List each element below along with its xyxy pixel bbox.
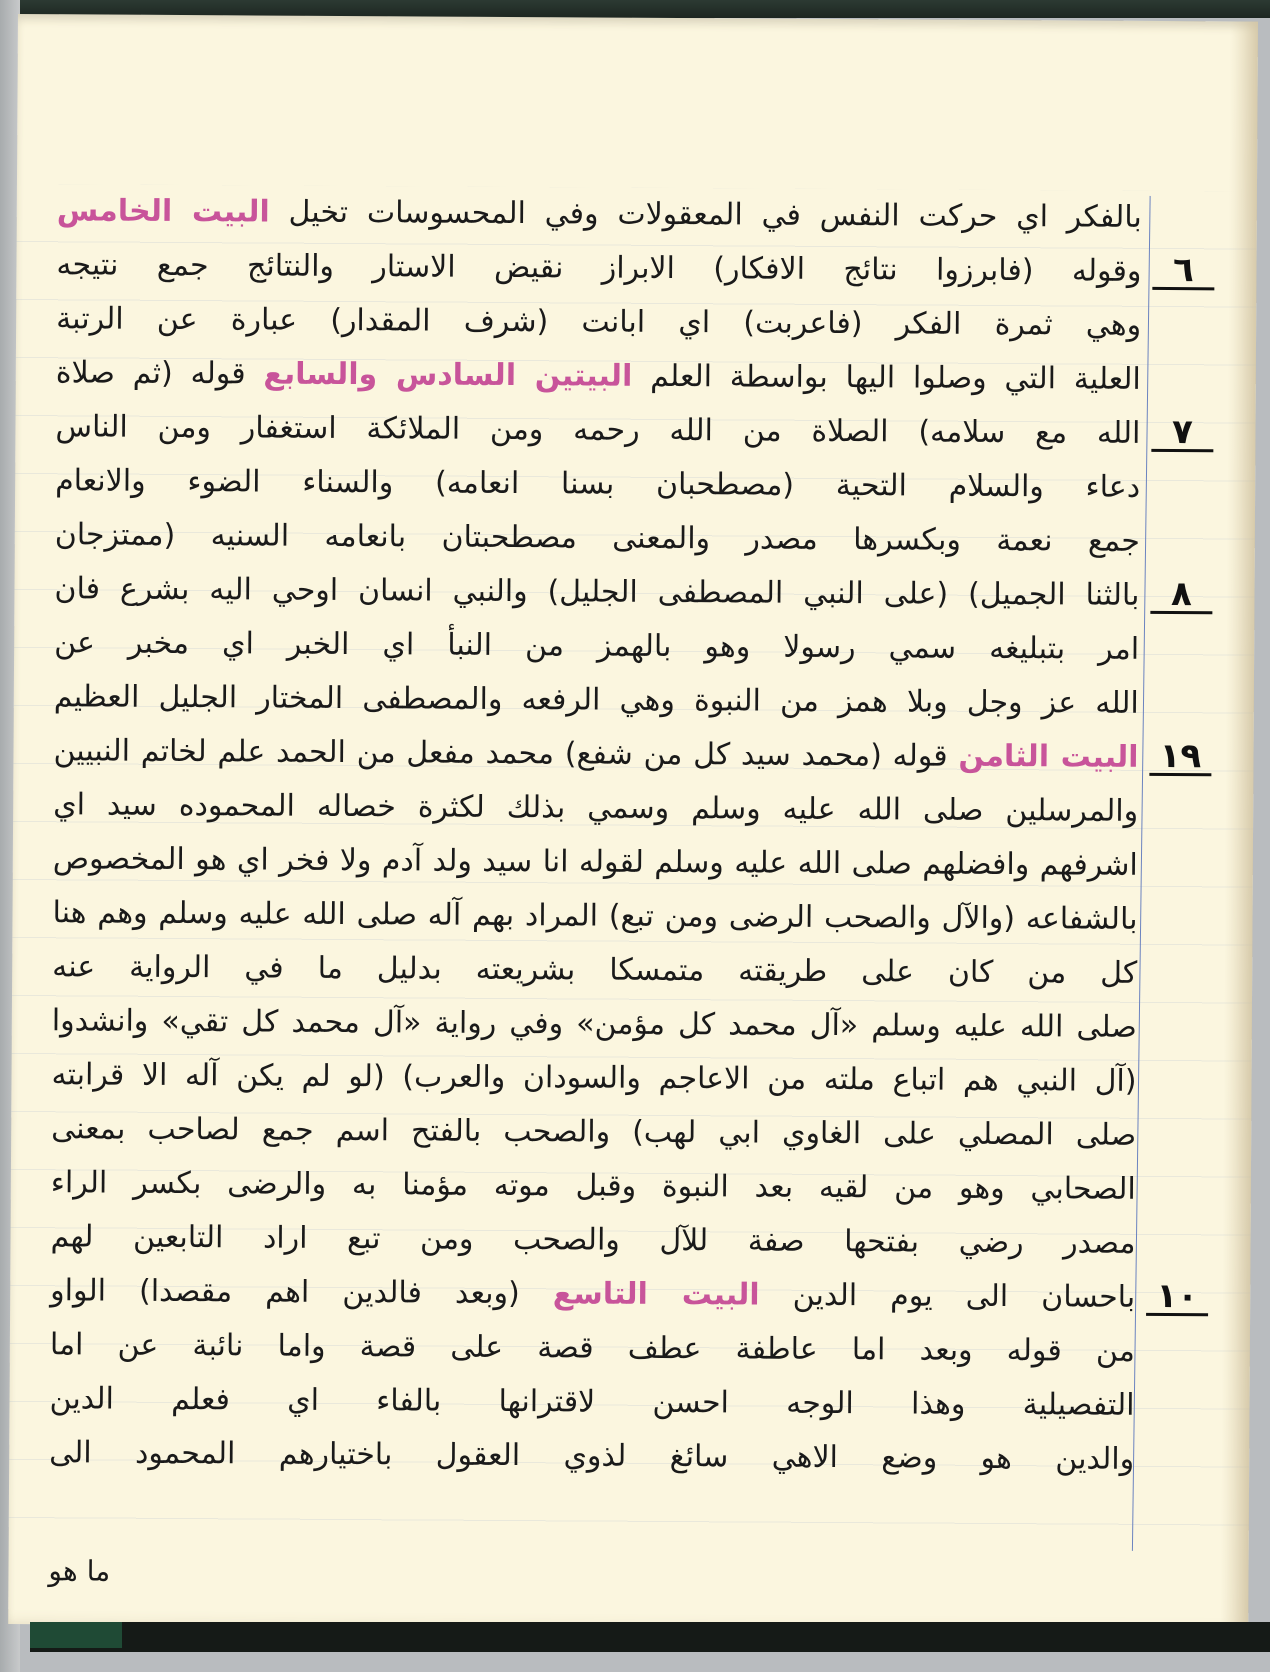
text-line: بالفكر اي حركت النفس في المعقولات وفي ال… [57, 184, 1142, 245]
line-text-after: (وبعد فالدين اهم مقصدا) الواو [50, 1273, 520, 1311]
text-line: البيت الثامن قوله (محمد سيد كل من شفع) م… [53, 724, 1138, 785]
text-line: اشرفهم وافضلهم صلى الله عليه وسلم لقوله … [53, 832, 1138, 893]
text-line: (آل النبي هم اتباع ملته من الاعاجم والسو… [51, 1048, 1136, 1109]
line-text: الله مع سلامه) الصلاة من الله رحمه ومن ا… [55, 409, 1140, 451]
cover-spine-green [30, 1622, 122, 1648]
text-line: الله مع سلامه) الصلاة من الله رحمه ومن ا… [55, 400, 1140, 461]
line-text: صلى المصلي على الغاوي ابي لهب) والصحب با… [51, 1111, 1136, 1153]
text-line: باحسان الى يوم الدين البيت التاسع (وبعد … [50, 1264, 1135, 1325]
line-text: والمرسلين صلى الله عليه وسلم وسمي بذلك ل… [53, 787, 1138, 829]
line-text: بالثنا الجميل) (على النبي المصطفى الجليل… [54, 571, 1139, 613]
notebook-cover-bottom [30, 1622, 1270, 1652]
line-text: وقوله (فابرزوا نتائج الافكار) الابراز نق… [56, 247, 1141, 289]
verse-number: ١٩ [1149, 739, 1211, 776]
line-text: وهي ثمرة الفكر (فاعربت) اي ابانت (شرف ال… [56, 301, 1141, 343]
line-text: العلية التي وصلوا اليها بواسطة العلم [650, 359, 1141, 397]
line-text: جمع نعمة وبكسرها مصدر والمعنى مصطحبتان ب… [55, 517, 1140, 559]
verse-number: ٦ [1152, 253, 1214, 290]
text-line: وقوله (فابرزوا نتائج الافكار) الابراز نق… [56, 238, 1141, 299]
text-line: امر بتبليغه سمي رسولا وهو بالهمز من النب… [54, 616, 1139, 677]
line-text: قوله (محمد سيد كل من شفع) محمد مفعل من ا… [53, 733, 947, 773]
text-line: مصدر رضي بفتحها صفة للآل والصحب ومن تبع … [50, 1210, 1135, 1271]
line-text: من قوله وبعد اما عاطفة عطف قصة على قصة و… [50, 1327, 1135, 1369]
verse-number: ٨ [1150, 577, 1212, 614]
text-line: جمع نعمة وبكسرها مصدر والمعنى مصطحبتان ب… [55, 508, 1140, 569]
line-text: الله عز وجل وبلا همز من النبوة وهي الرفع… [54, 679, 1139, 721]
text-line: والمرسلين صلى الله عليه وسلم وسمي بذلك ل… [53, 778, 1138, 839]
text-line: العلية التي وصلوا اليها بواسطة العلم الب… [56, 346, 1141, 407]
text-line: الله عز وجل وبلا همز من النبوة وهي الرفع… [54, 670, 1139, 731]
line-text: كل من كان على طريقته متمسكا بشريعته بدلي… [52, 949, 1137, 991]
line-text-after: قوله (ثم صلاة [56, 355, 246, 391]
line-text: والدين هو وضع الاهي سائغ لذوي العقول باخ… [49, 1435, 1134, 1477]
notebook-page: بالفكر اي حركت النفس في المعقولات وفي ال… [8, 14, 1258, 1632]
line-text: اشرفهم وافضلهم صلى الله عليه وسلم لقوله … [53, 841, 1138, 883]
line-text: دعاء والسلام التحية (مصطحبان بسنا انعامه… [55, 463, 1140, 505]
text-body: بالفكر اي حركت النفس في المعقولات وفي ال… [49, 184, 1142, 1487]
text-line: وهي ثمرة الفكر (فاعربت) اي ابانت (شرف ال… [56, 292, 1141, 353]
line-text: بالشفاعه (والآل والصحب الرضى ومن تبع) ال… [52, 895, 1137, 937]
text-line: بالثنا الجميل) (على النبي المصطفى الجليل… [54, 562, 1139, 623]
verse-number: ١٠ [1146, 1279, 1208, 1316]
line-text: التفصيلية وهذا الوجه احسن لاقترانها بالف… [49, 1381, 1134, 1423]
text-line: من قوله وبعد اما عاطفة عطف قصة على قصة و… [50, 1318, 1135, 1379]
line-text: الصحابي وهو من لقيه بعد النبوة وقبل موته… [51, 1165, 1136, 1207]
text-line: كل من كان على طريقته متمسكا بشريعته بدلي… [52, 940, 1137, 1001]
text-line: الصحابي وهو من لقيه بعد النبوة وقبل موته… [51, 1156, 1136, 1217]
verse-number: ٧ [1151, 415, 1213, 452]
text-line: بالشفاعه (والآل والصحب الرضى ومن تبع) ال… [52, 886, 1137, 947]
line-text: صلى الله عليه وسلم «آل محمد كل مؤمن» وفي… [52, 1003, 1137, 1045]
text-line: التفصيلية وهذا الوجه احسن لاقترانها بالف… [49, 1372, 1134, 1433]
text-line: صلى الله عليه وسلم «آل محمد كل مؤمن» وفي… [52, 994, 1137, 1055]
verse-heading: البيت التاسع [553, 1276, 760, 1312]
line-text: (آل النبي هم اتباع ملته من الاعاجم والسو… [51, 1057, 1136, 1099]
line-text: بالفكر اي حركت النفس في المعقولات وفي ال… [289, 195, 1142, 235]
line-text: مصدر رضي بفتحها صفة للآل والصحب ومن تبع … [50, 1219, 1135, 1261]
text-line: صلى المصلي على الغاوي ابي لهب) والصحب با… [51, 1102, 1136, 1163]
line-text: باحسان الى يوم الدين [793, 1278, 1136, 1315]
verse-heading: البيت الخامس [57, 193, 270, 229]
verse-heading: البيتين السادس والسابع [263, 357, 632, 394]
line-text: امر بتبليغه سمي رسولا وهو بالهمز من النب… [54, 625, 1139, 667]
verse-heading: البيت الثامن [958, 739, 1138, 775]
text-line: والدين هو وضع الاهي سائغ لذوي العقول باخ… [49, 1426, 1134, 1487]
text-line: دعاء والسلام التحية (مصطحبان بسنا انعامه… [55, 454, 1140, 515]
bottom-note: ما هو [48, 1554, 110, 1587]
